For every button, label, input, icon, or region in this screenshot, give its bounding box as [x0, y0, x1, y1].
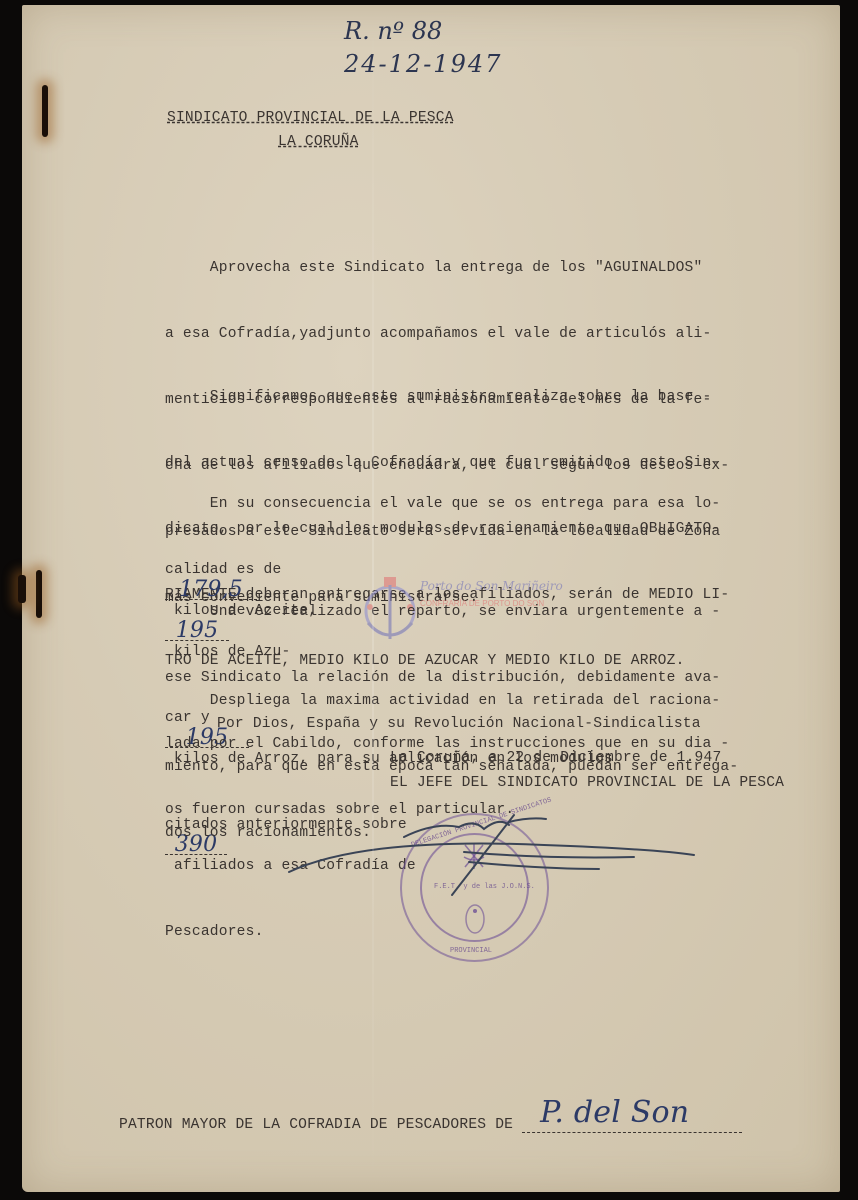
- closing-place-date: La Coruña, a 22 de Diciembre de 1.947: [390, 750, 721, 766]
- footer-patron-mayor: PATRON MAYOR DE LA COFRADIA DE PESCADORE…: [119, 1117, 742, 1133]
- text-line: Aprovecha este Sindicato la entrega de l…: [165, 257, 790, 279]
- closing-motto: Por Dios, España y su Revolución Naciona…: [217, 716, 701, 732]
- text-line: En su consecuencia el vale que se os ent…: [165, 493, 790, 515]
- emblem-icon: [464, 903, 486, 935]
- document-page: R. nº 88 24-12-1947 SINDICATO PROVINCIAL…: [22, 5, 840, 1192]
- registry-date: 24-12-1947: [344, 50, 502, 78]
- footer-label: PATRON MAYOR DE LA COFRADIA DE PESCADORE…: [119, 1117, 513, 1133]
- burn-mark-middle: [36, 570, 42, 618]
- cofradia-name-field: P. del Son: [522, 1118, 742, 1133]
- stamp-bottom-text: PROVINCIAL: [450, 947, 492, 955]
- header-city: LA CORUÑA: [278, 134, 359, 150]
- closing-signatory: EL JEFE DEL SINDICATO PROVINCIAL DE LA P…: [390, 775, 784, 791]
- text-line: Despliega la maxima actividad en la reti…: [165, 690, 790, 712]
- registry-note: R. nº 88: [344, 17, 442, 45]
- header-title: SINDICATO PROVINCIAL DE LA PESCA: [167, 110, 454, 126]
- text-line: Una vez realizado el reparto, se enviara…: [165, 601, 790, 623]
- signature-icon: [284, 797, 704, 907]
- burn-mark-top: [42, 85, 48, 137]
- cofradia-name-handwritten: P. del Son: [540, 1095, 689, 1130]
- text-line: Significamos que este suministro realiza…: [165, 386, 790, 408]
- burn-mark-edge: [18, 575, 26, 603]
